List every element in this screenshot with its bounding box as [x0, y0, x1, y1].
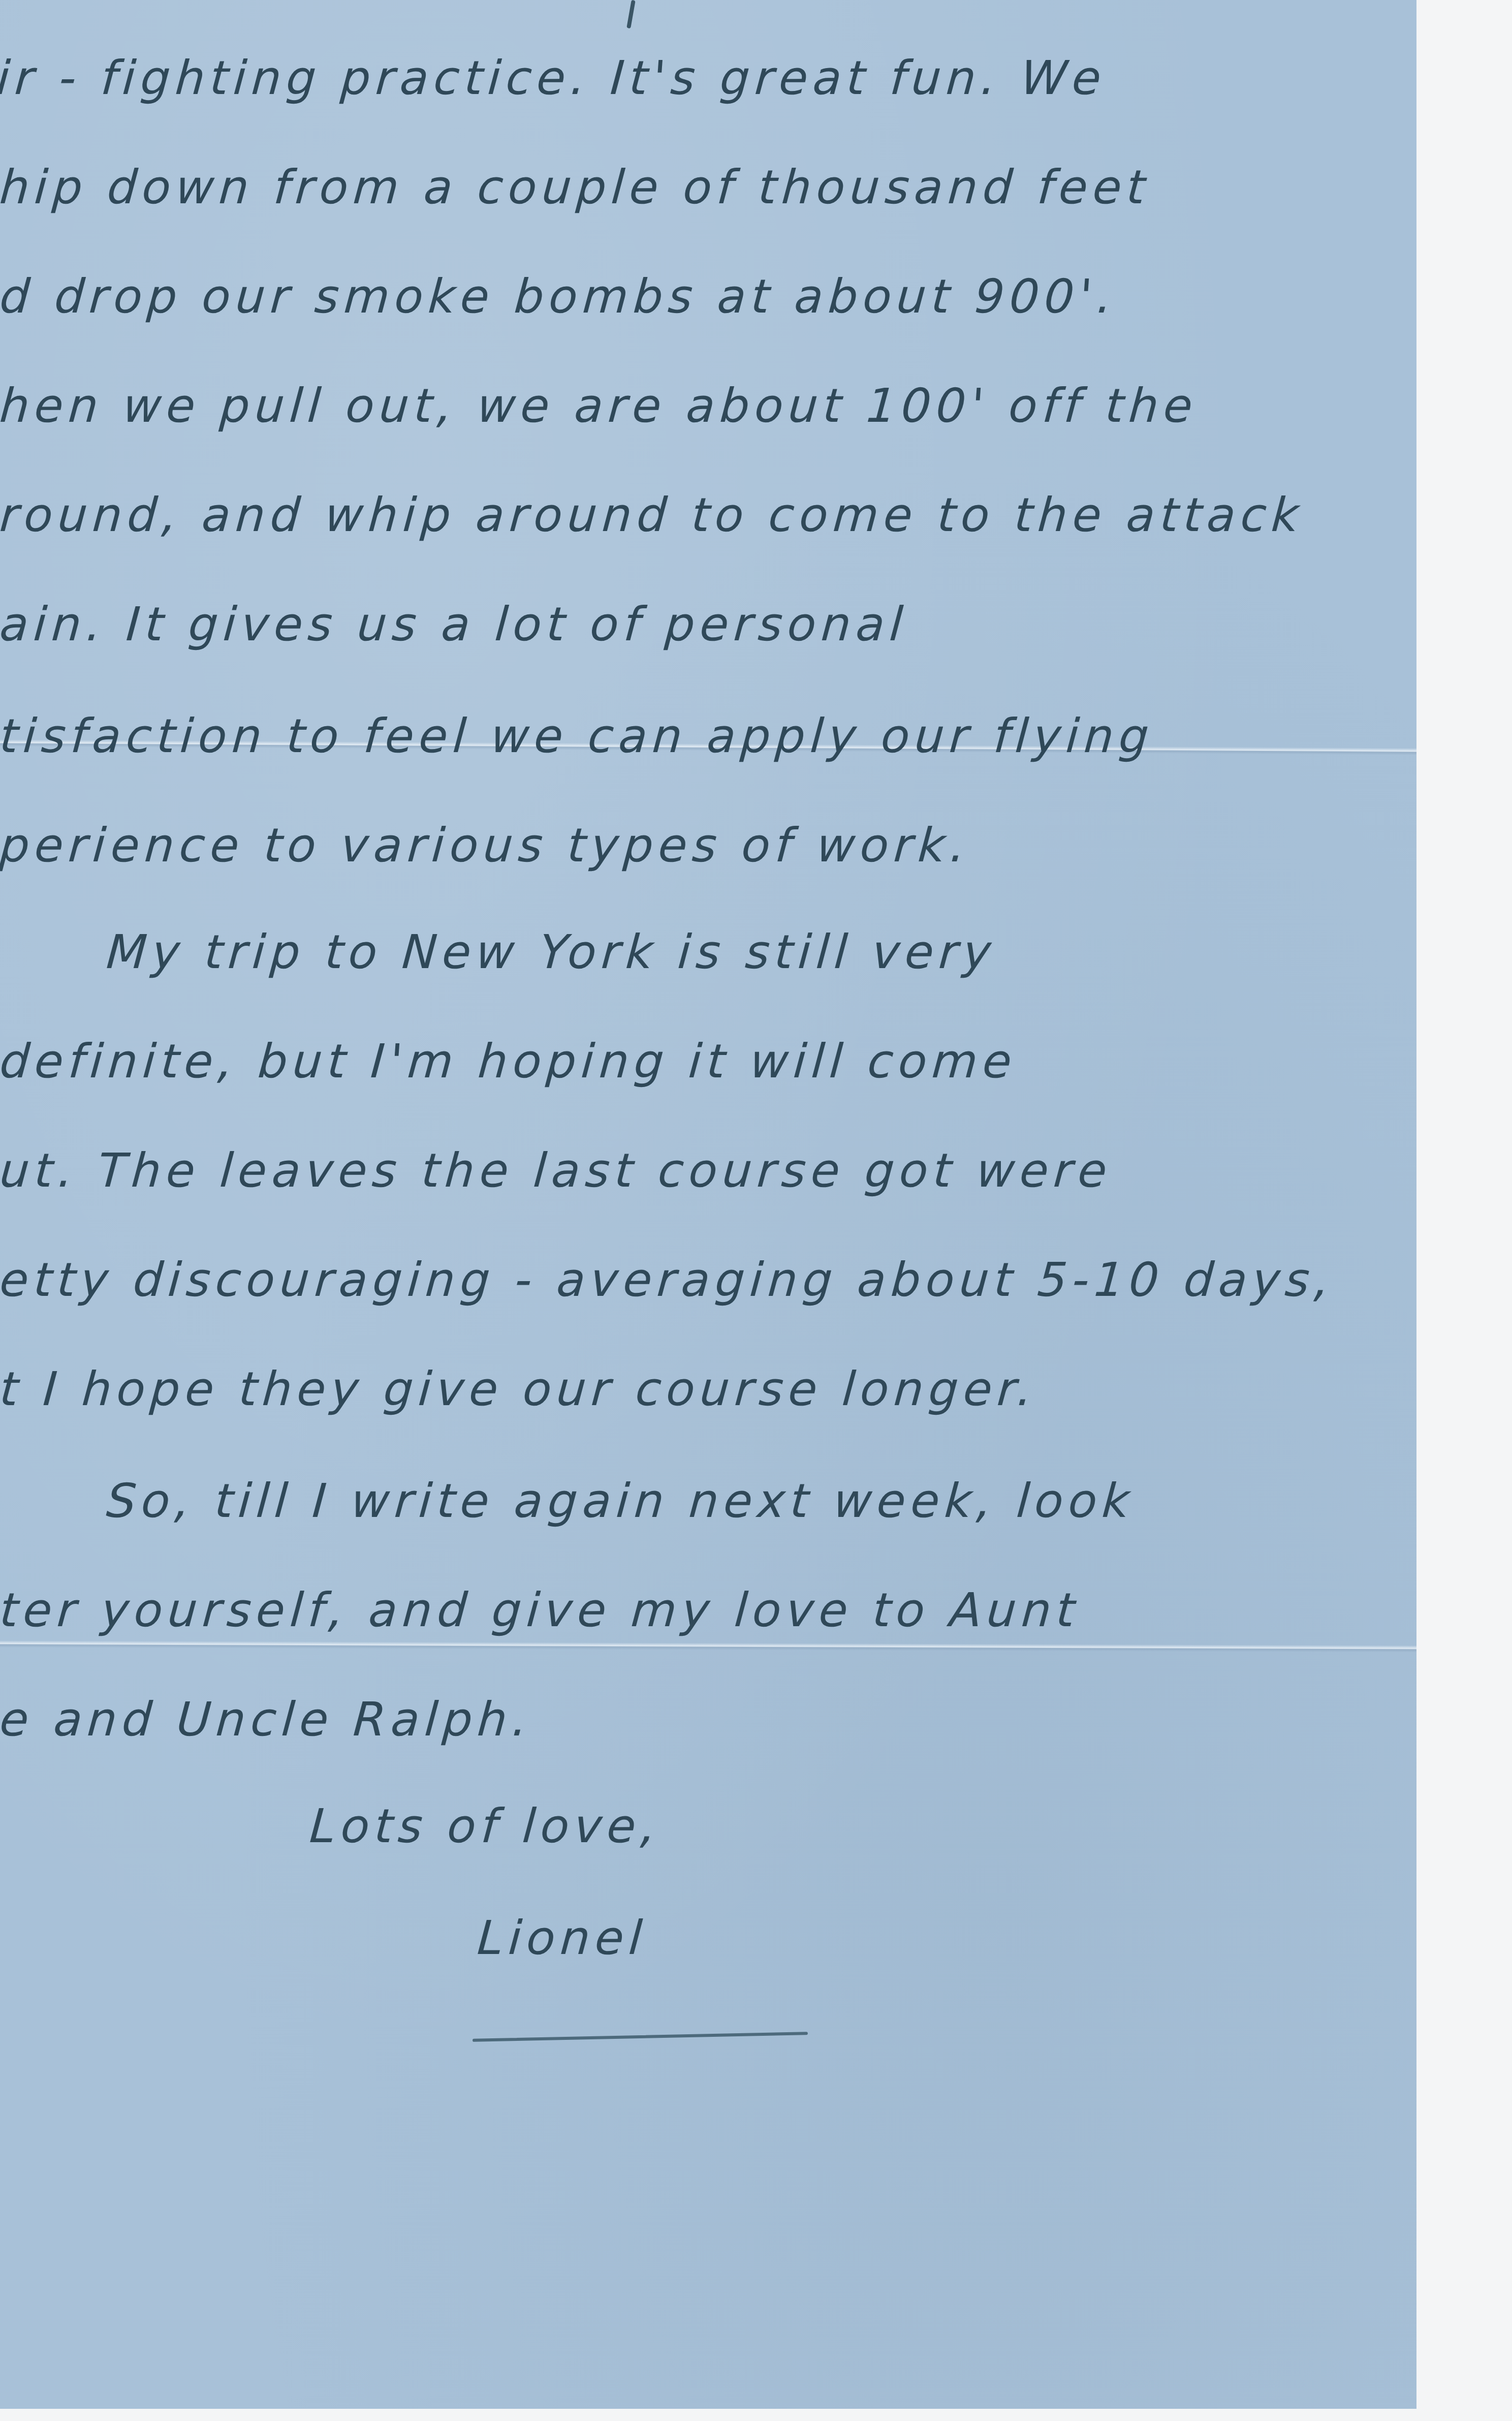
- closing-salutation: Lots of love,: [308, 1799, 663, 1853]
- letter-line-7: tisfaction to feel we can apply our flyi…: [0, 709, 1155, 763]
- letter-line-10: definite, but I'm hoping it will come: [0, 1034, 1019, 1089]
- letter-paper: [0, 0, 1416, 2409]
- signature: Lionel: [476, 1911, 649, 1965]
- letter-line-16: e and Uncle Ralph.: [0, 1692, 534, 1747]
- scan-margin-bottom: [0, 2409, 1512, 2421]
- letter-line-14: So, till I write again next week, look: [105, 1474, 1136, 1528]
- letter-line-12: etty discouraging - averaging about 5-10…: [0, 1253, 1336, 1307]
- letter-line-9: My trip to New York is still very: [105, 925, 998, 979]
- letter-line-3: d drop our smoke bombs at about 900'.: [0, 269, 1119, 324]
- letter-line-8: perience to various types of work.: [0, 818, 972, 873]
- letter-line-11: ut. The leaves the last course got were: [0, 1143, 1114, 1198]
- scan-margin-right: [1416, 0, 1512, 2421]
- letter-line-13: t I hope they give our course longer.: [0, 1362, 1039, 1416]
- letter-line-6: ain. It gives us a lot of personal: [0, 597, 910, 651]
- letter-line-15: ter yourself, and give my love to Aunt: [0, 1583, 1082, 1637]
- letter-line-5: round, and whip around to come to the at…: [0, 488, 1306, 542]
- letter-line-2: hip down from a couple of thousand feet: [0, 160, 1152, 214]
- letter-line-1: ir - fighting practice. It's great fun. …: [0, 51, 1108, 105]
- letter-line-4: hen we pull out, we are about 100' off t…: [0, 379, 1200, 433]
